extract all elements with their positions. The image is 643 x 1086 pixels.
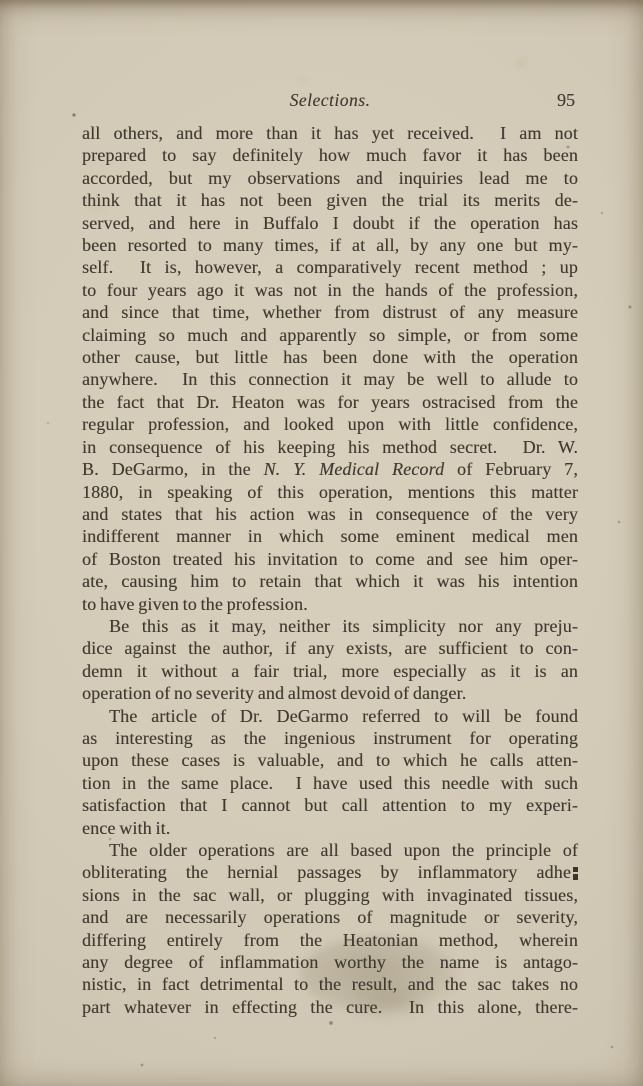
running-header: Selections. 95 bbox=[82, 90, 578, 112]
text-line: served, and here in Buffalo I doubt if t… bbox=[82, 212, 578, 234]
text-line: and since that time, whether from distru… bbox=[82, 301, 578, 323]
text-line: upon these cases is valuable, and to whi… bbox=[82, 749, 578, 771]
scanned-book-page: Selections. 95 all others, and more than… bbox=[0, 0, 643, 1086]
text-line: differing entirely from the Heatonian me… bbox=[82, 929, 578, 951]
text-line: ence with it. bbox=[82, 817, 578, 839]
text-line: to four years ago it was not in the hand… bbox=[82, 279, 578, 301]
text-line: think that it has not been given the tri… bbox=[82, 189, 578, 211]
text-line: any degree of inflammation worthy the na… bbox=[82, 951, 578, 973]
text-line: part whatever in effecting the cure. In … bbox=[82, 996, 578, 1018]
text-line: B. DeGarmo, in the N. Y. Medical Record … bbox=[82, 458, 578, 480]
italic-text: N. Y. Medical Record bbox=[264, 459, 445, 479]
text-line: other cause, but little has been done wi… bbox=[82, 346, 578, 368]
ink-blot-mark bbox=[573, 867, 578, 880]
text-line: been resorted to many times, if at all, … bbox=[82, 234, 578, 256]
text-line: and are necessarily operations of magnit… bbox=[82, 906, 578, 928]
text-line: the fact that Dr. Heaton was for years o… bbox=[82, 391, 578, 413]
text-line: The article of Dr. DeGarmo referred to w… bbox=[82, 705, 578, 727]
text-segment: obliterating the hernial passages by inf… bbox=[82, 862, 571, 882]
text-line: The older operations are all based upon … bbox=[82, 839, 578, 861]
section-title: Selections. bbox=[82, 90, 578, 111]
text-line: Be this as it may, neither its simplicit… bbox=[82, 615, 578, 637]
text-line: dice against the author, if any exists, … bbox=[82, 637, 578, 659]
text-line: nistic, in fact detrimental to the resul… bbox=[82, 973, 578, 995]
text-line: sions in the sac wall, or plugging with … bbox=[82, 884, 578, 906]
text-line: satisfaction that I cannot but call atte… bbox=[82, 794, 578, 816]
text-line: indifferent manner in which some eminent… bbox=[82, 525, 578, 547]
text-line: all others, and more than it has yet rec… bbox=[82, 122, 578, 144]
page-text: all others, and more than it has yet rec… bbox=[82, 122, 578, 1018]
text-line: tion in the same place. I have used this… bbox=[82, 772, 578, 794]
text-line: and states that his action was in conseq… bbox=[82, 503, 578, 525]
text-line: as interesting as the ingenious instrume… bbox=[82, 727, 578, 749]
text-line: to have given to the profession. bbox=[82, 593, 578, 615]
text-line: operation of no severity and almost devo… bbox=[82, 682, 578, 704]
text-line: prepared to say definitely how much favo… bbox=[82, 144, 578, 166]
text-line: claiming so much and apparently so simpl… bbox=[82, 324, 578, 346]
text-line: demn it without a fair trial, more espec… bbox=[82, 660, 578, 682]
text-segment: of February 7, bbox=[444, 459, 578, 479]
text-line: regular profession, and looked upon with… bbox=[82, 413, 578, 435]
paper-specks bbox=[0, 0, 2, 2]
text-line: of Boston treated his invitation to come… bbox=[82, 548, 578, 570]
text-line: anywhere. In this connection it may be w… bbox=[82, 368, 578, 390]
text-line: ate, causing him to retain that which it… bbox=[82, 570, 578, 592]
text-line: 1880, in speaking of this operation, men… bbox=[82, 481, 578, 503]
text-line: self. It is, however, a comparatively re… bbox=[82, 256, 578, 278]
text-line: accorded, but my observations and inquir… bbox=[82, 167, 578, 189]
text-line: in consequence of his keeping his method… bbox=[82, 436, 578, 458]
text-segment: B. DeGarmo, in the bbox=[82, 459, 264, 479]
page-number: 95 bbox=[557, 90, 575, 111]
text-line: obliterating the hernial passages by inf… bbox=[82, 861, 578, 883]
